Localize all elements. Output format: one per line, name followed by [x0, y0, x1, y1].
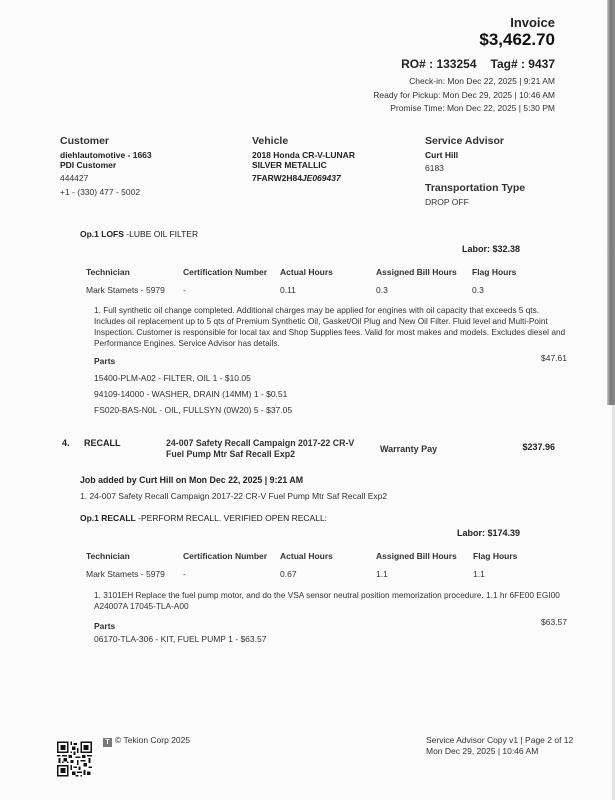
col-technician: Technician: [86, 267, 130, 277]
job-number: 4.: [62, 438, 70, 448]
labor-total: Labor: $174.39: [457, 528, 520, 538]
document-title: Invoice: [510, 15, 555, 30]
tag-number: Tag# : 9437: [491, 57, 555, 71]
operation-code: Op.1 LOFS: [80, 229, 124, 239]
ro-number: RO# : 133254: [401, 57, 476, 71]
cell-technician: Mark Stamets - 5979: [86, 285, 165, 295]
operation-code: Op.1 RECALL: [80, 513, 136, 523]
copyright-text: © Tekion Corp 2025: [115, 735, 190, 745]
invoice-total: $3,462.70: [479, 30, 555, 50]
col-actual-hours: Actual Hours: [280, 551, 333, 561]
vin-suffix: JE069437: [302, 173, 341, 183]
col-certification-number: Certification Number: [183, 267, 267, 277]
footer-copyright: T© Tekion Corp 2025: [103, 735, 190, 747]
customer-heading: Customer: [60, 135, 109, 147]
vehicle-description-line1: 2018 Honda CR-V-LUNAR: [252, 150, 355, 160]
tekion-logo-icon: T: [103, 738, 112, 747]
operation-note: 1. 3101EH Replace the fuel pump motor, a…: [94, 590, 569, 612]
col-technician: Technician: [86, 551, 130, 561]
job-amount: $237.96: [522, 442, 555, 452]
job-pay-type: Warranty Pay: [380, 444, 437, 454]
service-advisor-id: 6183: [425, 163, 444, 173]
transportation-heading: Transportation Type: [425, 182, 525, 194]
qr-code-icon: [57, 740, 92, 778]
parts-heading: Parts: [94, 356, 115, 366]
col-certification-number: Certification Number: [183, 551, 267, 561]
transportation-type: DROP OFF: [425, 197, 469, 207]
parts-total: $47.61: [541, 353, 567, 363]
vehicle-description-line2: SILVER METALLIC: [252, 160, 327, 170]
cell-flag-hours: 1.1: [473, 569, 485, 579]
operation-note: 1. Full synthetic oil change completed. …: [94, 305, 569, 349]
service-advisor-name: Curt Hill: [425, 150, 458, 160]
col-flag-hours: Flag Hours: [472, 267, 516, 277]
operation-title: Op.1 LOFS -LUBE OIL FILTER: [80, 229, 198, 239]
vehicle-vin: 7FARW2H84JE069437: [252, 173, 341, 183]
customer-type: PDI Customer: [60, 160, 116, 170]
job-added-by: Job added by Curt Hill on Mon Dec 22, 20…: [80, 475, 303, 485]
cell-flag-hours: 0.3: [472, 285, 484, 295]
parts-total: $63.57: [541, 617, 567, 627]
operation-description: -PERFORM RECALL. VERIFIED OPEN RECALL:: [138, 513, 327, 523]
job-description: 24-007 Safety Recall Campaign 2017-22 CR…: [166, 438, 371, 460]
job-code: RECALL: [84, 438, 121, 448]
customer-name: diehlautomotive - 1663: [60, 150, 152, 160]
service-advisor-heading: Service Advisor: [425, 135, 504, 147]
col-flag-hours: Flag Hours: [473, 551, 517, 561]
scan-edge-shadow: [607, 0, 615, 405]
operation-title: Op.1 RECALL -PERFORM RECALL. VERIFIED OP…: [80, 513, 327, 523]
cell-certification-number: -: [183, 569, 186, 579]
cell-assigned-bill-hours: 0.3: [376, 285, 388, 295]
vin-prefix: 7FARW2H84: [252, 173, 302, 183]
cell-actual-hours: 0.67: [280, 569, 297, 579]
check-in-time: Check-in: Mon Dec 22, 2025 | 9:21 AM: [409, 76, 555, 86]
job-concern: 1. 24-007 Safety Recall Campaign 2017-22…: [80, 491, 387, 501]
part-item: 94109-14000 - WASHER, DRAIN (14MM) 1 - $…: [94, 389, 287, 399]
ro-tag-line: RO# : 133254Tag# : 9437: [401, 57, 555, 71]
part-item: 15400-PLM-A02 - FILTER, OIL 1 - $10.05: [94, 373, 251, 383]
footer-copy-info: Service Advisor Copy v1 | Page 2 of 12: [426, 735, 573, 745]
footer-printed-at: Mon Dec 29, 2025 | 10:46 AM: [426, 746, 538, 756]
cell-technician: Mark Stamets - 5979: [86, 569, 165, 579]
cell-certification-number: -: [183, 285, 186, 295]
col-assigned-bill-hours: Assigned Bill Hours: [376, 267, 457, 277]
customer-phone: +1 - (330) 477 - 5002: [60, 187, 140, 197]
col-actual-hours: Actual Hours: [280, 267, 333, 277]
labor-total: Labor: $32.38: [462, 244, 520, 254]
operation-description: -LUBE OIL FILTER: [126, 229, 198, 239]
cell-assigned-bill-hours: 1.1: [376, 569, 388, 579]
promise-time: Promise Time: Mon Dec 22, 2025 | 5:30 PM: [390, 103, 555, 113]
customer-id: 444427: [60, 173, 88, 183]
parts-heading: Parts: [94, 621, 115, 631]
col-assigned-bill-hours: Assigned Bill Hours: [376, 551, 457, 561]
ready-for-pickup-time: Ready for Pickup: Mon Dec 29, 2025 | 10:…: [373, 90, 555, 100]
cell-actual-hours: 0.11: [280, 285, 296, 295]
vehicle-heading: Vehicle: [252, 135, 288, 147]
part-item: FS020-BAS-N0L - OIL, FULLSYN (0W20) 5 - …: [94, 405, 292, 415]
part-item: 06170-TLA-306 - KIT, FUEL PUMP 1 - $63.5…: [94, 634, 266, 644]
